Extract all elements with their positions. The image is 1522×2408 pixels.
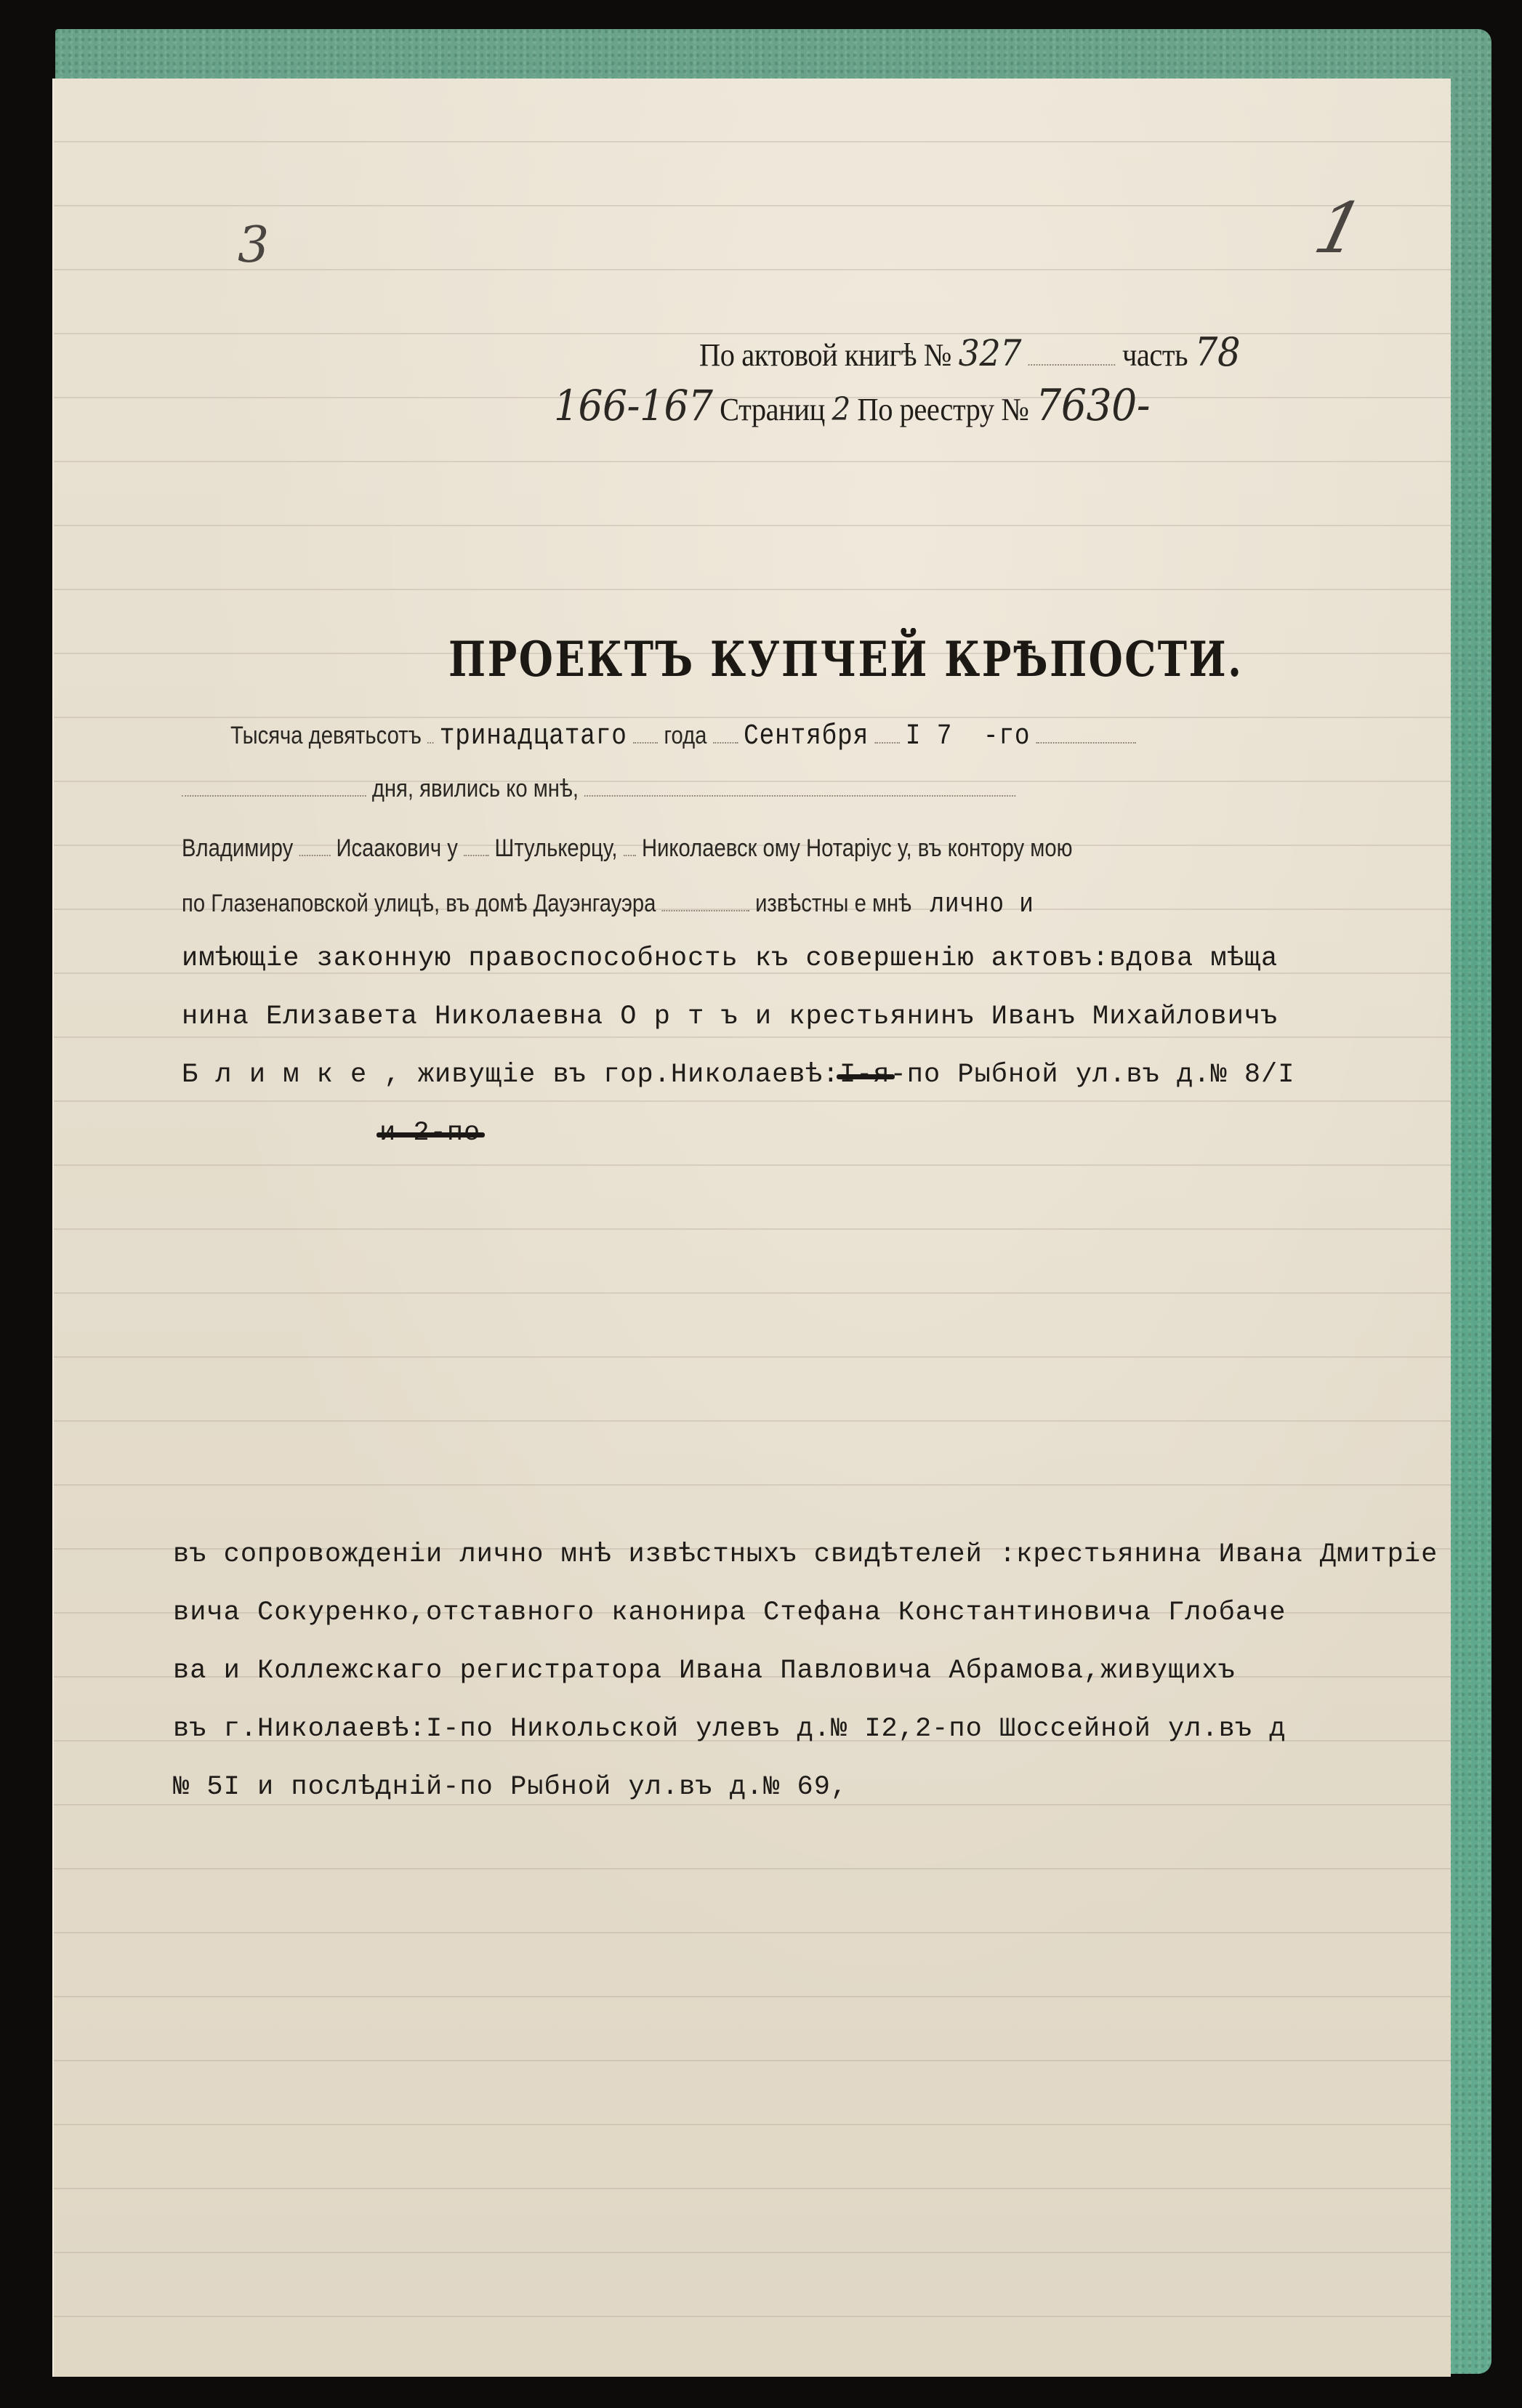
registry-label: По реестру № xyxy=(857,392,1028,427)
witnesses-line-3: ва и Коллежскаго регистратора Ивана Павл… xyxy=(173,1656,1236,1686)
part-label: часть xyxy=(1122,337,1188,373)
year-word: тринадцатаго xyxy=(440,720,627,753)
appeared-line: дня, явились ко мнѣ, xyxy=(182,775,1016,803)
date-line: Тысяча девятьсотъ тринадцатаго года Сент… xyxy=(230,720,1136,753)
book-number: 327 xyxy=(959,332,1021,374)
struck-text: I-я xyxy=(839,1060,890,1090)
residence-rest: -по Рыбной ул.въ д.№ 8/I xyxy=(890,1060,1295,1090)
registry-number: 7630- xyxy=(1036,380,1150,431)
dotted-fill xyxy=(633,742,658,744)
dotted-fill xyxy=(1036,742,1136,744)
year-label: года xyxy=(664,722,706,749)
margin-number-left: 3 xyxy=(238,217,269,274)
witnesses-line-1: въ сопровожденіи лично мнѣ извѣстныхъ св… xyxy=(173,1539,1438,1570)
body-line-1: имѣющіе законную правоспособность къ сов… xyxy=(182,943,1278,974)
notary-line: Владимиру Исаакович у Штулькерцу, Никола… xyxy=(182,834,1073,863)
dotted-fill xyxy=(874,742,899,744)
document-page: 3 1 По актовой книгѣ № 327 часть 78 166-… xyxy=(52,78,1451,2377)
notary-first-name: Владимиру xyxy=(182,834,293,862)
dotted-fill xyxy=(182,795,366,797)
known-text: извѣстны е мнѣ xyxy=(755,890,911,917)
personally-text: лично и xyxy=(930,889,1034,920)
witnesses-line-2: вича Сокуренко,отставного канонира Стефа… xyxy=(173,1598,1286,1628)
dotted-fill xyxy=(662,910,749,911)
office-address: по Глазенаповской улицѣ, въ домѣ Дауэнга… xyxy=(182,890,656,917)
struck-line: и 2-по xyxy=(379,1118,480,1148)
notary-city: Николаевск xyxy=(642,834,757,862)
dotted-fill xyxy=(713,742,738,744)
pages-count: 2 xyxy=(832,391,850,428)
day-suffix: -го xyxy=(983,720,1031,753)
margin-number-right: 1 xyxy=(1307,188,1372,269)
notary-surname: Штулькерцу, xyxy=(495,834,618,862)
pages-label: Страниц xyxy=(720,392,825,427)
date-prefix: Тысяча девятьсотъ xyxy=(230,722,422,749)
appeared-text: дня, явились ко мнѣ, xyxy=(372,775,579,802)
pages-handwritten: 166-167 xyxy=(554,381,713,430)
month: Сентября xyxy=(744,720,869,753)
struck-text: и 2-по xyxy=(379,1118,480,1148)
header-pages-line: 166-167 Страниц 2 По реестру № 7630- xyxy=(554,380,1150,431)
document-title: ПРОЕКТЪ КУПЧЕЙ КРѢПОСТИ. xyxy=(448,631,1243,688)
dotted-fill xyxy=(299,855,330,856)
notary-office: въ контору мою xyxy=(918,834,1073,862)
part-number: 78 xyxy=(1195,329,1240,375)
residence-line: Б л и м к е , живущіе въ гор.Николаевѣ:I… xyxy=(182,1060,1294,1090)
body-line-2: нина Елизавета Николаевна О р т ъ и крес… xyxy=(182,1002,1278,1032)
notary-patronymic: Исаакович у xyxy=(336,834,457,862)
dotted-fill xyxy=(1028,364,1116,366)
dotted-fill xyxy=(464,855,488,856)
residence-name: Б л и м к е , живущіе въ гор.Николаевѣ: xyxy=(182,1060,839,1090)
dotted-fill xyxy=(624,855,636,856)
witnesses-line-4: въ г.Николаевѣ:I-по Никольской улевъ д.№… xyxy=(173,1714,1286,1744)
dotted-fill xyxy=(427,742,434,744)
day: I 7 xyxy=(906,720,953,753)
dotted-fill xyxy=(584,795,1015,797)
address-line: по Глазенаповской улицѣ, въ домѣ Дауэнга… xyxy=(182,889,1034,920)
notary-city-suffix: ому xyxy=(763,834,800,862)
book-label: По актовой книгѣ № xyxy=(699,337,951,373)
notary-title: Нотаріус у, xyxy=(806,834,912,862)
witnesses-line-5: № 5I и послѣдній-по Рыбной ул.въ д.№ 69, xyxy=(173,1772,847,1803)
header-book-line: По актовой книгѣ № 327 часть 78 xyxy=(699,329,1240,375)
